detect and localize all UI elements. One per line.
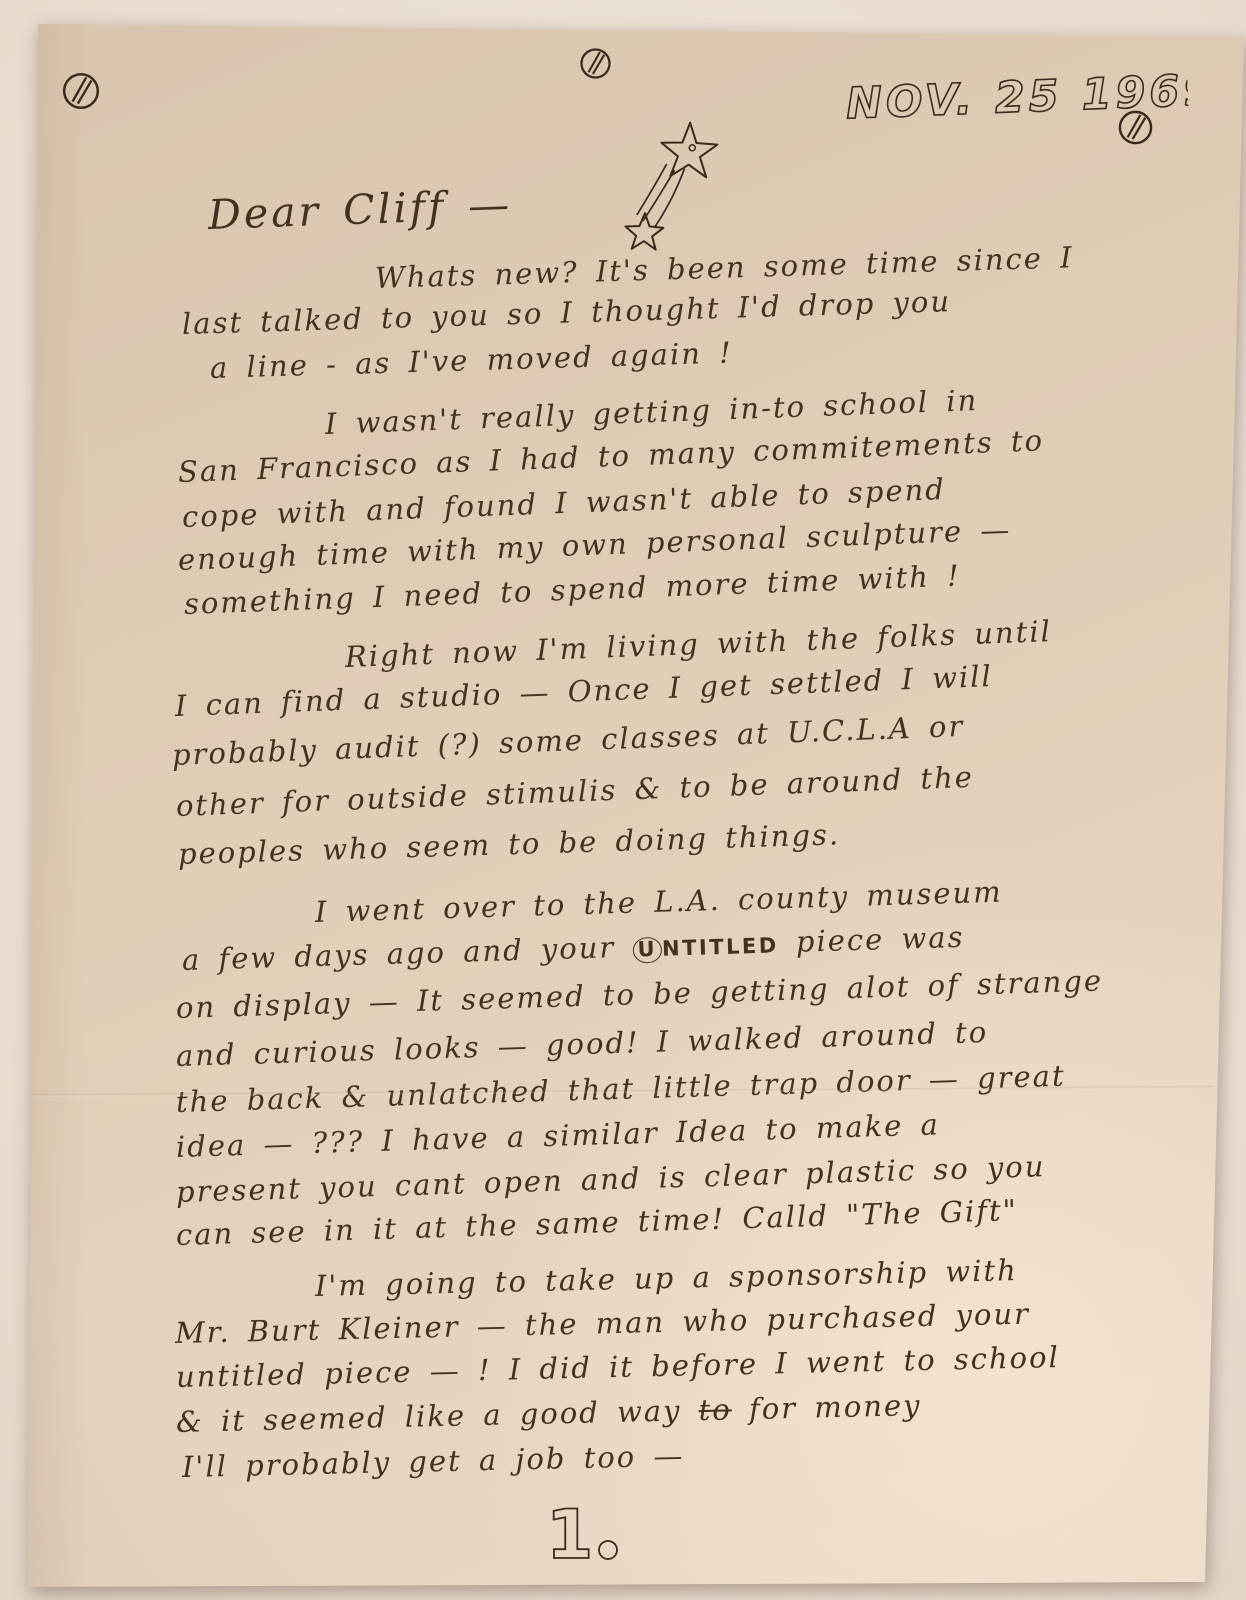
letter-line: Mr. Burt Kleiner — the man who purchased… [175, 1298, 1031, 1351]
letter-line-segment: & it seemed like a good way [176, 1393, 699, 1439]
circled-letter-u: U [632, 937, 662, 964]
outlined-period-dot [599, 1541, 617, 1559]
letter-line: untitled piece — ! I did it before I wen… [176, 1341, 1061, 1394]
screw-head-icon [60, 70, 102, 116]
caps-word-untitled: NTITLED [662, 933, 779, 960]
letter-line: a few days ago and your UNTITLED piece w… [182, 921, 965, 978]
letter-line: peoples who seem to be doing things. [178, 818, 841, 871]
salutation: Dear Cliff — [207, 181, 513, 239]
photographed-letter-scene: NOV. 25 1969 Dear Cliff — Whats new? It'… [0, 0, 1246, 1600]
date-stamp: NOV. 25 1969 [837, 55, 1190, 144]
letter-line: I'll probably get a job too — [182, 1440, 685, 1485]
paper-shadow: NOV. 25 1969 Dear Cliff — Whats new? It'… [0, 0, 1246, 1600]
letter-line-segment: for money [731, 1388, 921, 1426]
letter-line-segment: a few days ago and your [181, 930, 632, 977]
struck-word: to [698, 1392, 732, 1427]
letter-line-segment: piece was [778, 920, 965, 959]
screw-head-icon [578, 46, 613, 85]
letter-line: other for outside stimulis & to be aroun… [175, 761, 974, 824]
page-number-text: 1 [546, 1496, 593, 1575]
page-number: 1 [540, 1486, 650, 1582]
letter-page: NOV. 25 1969 Dear Cliff — Whats new? It'… [0, 0, 1246, 1600]
letter-line: & it seemed like a good way to for money [176, 1389, 922, 1439]
letter-line: a line - as I've moved again ! [210, 336, 734, 385]
letter-line: I'm going to take up a sponsorship with [315, 1254, 1019, 1303]
letter-line: probably audit (?) some classes at U.C.L… [171, 710, 965, 772]
date-stamp-text: NOV. 25 1969 [845, 65, 1189, 129]
shooting-stars-icon [593, 102, 743, 266]
letter-line: last talked to you so I thought I'd drop… [182, 285, 952, 341]
